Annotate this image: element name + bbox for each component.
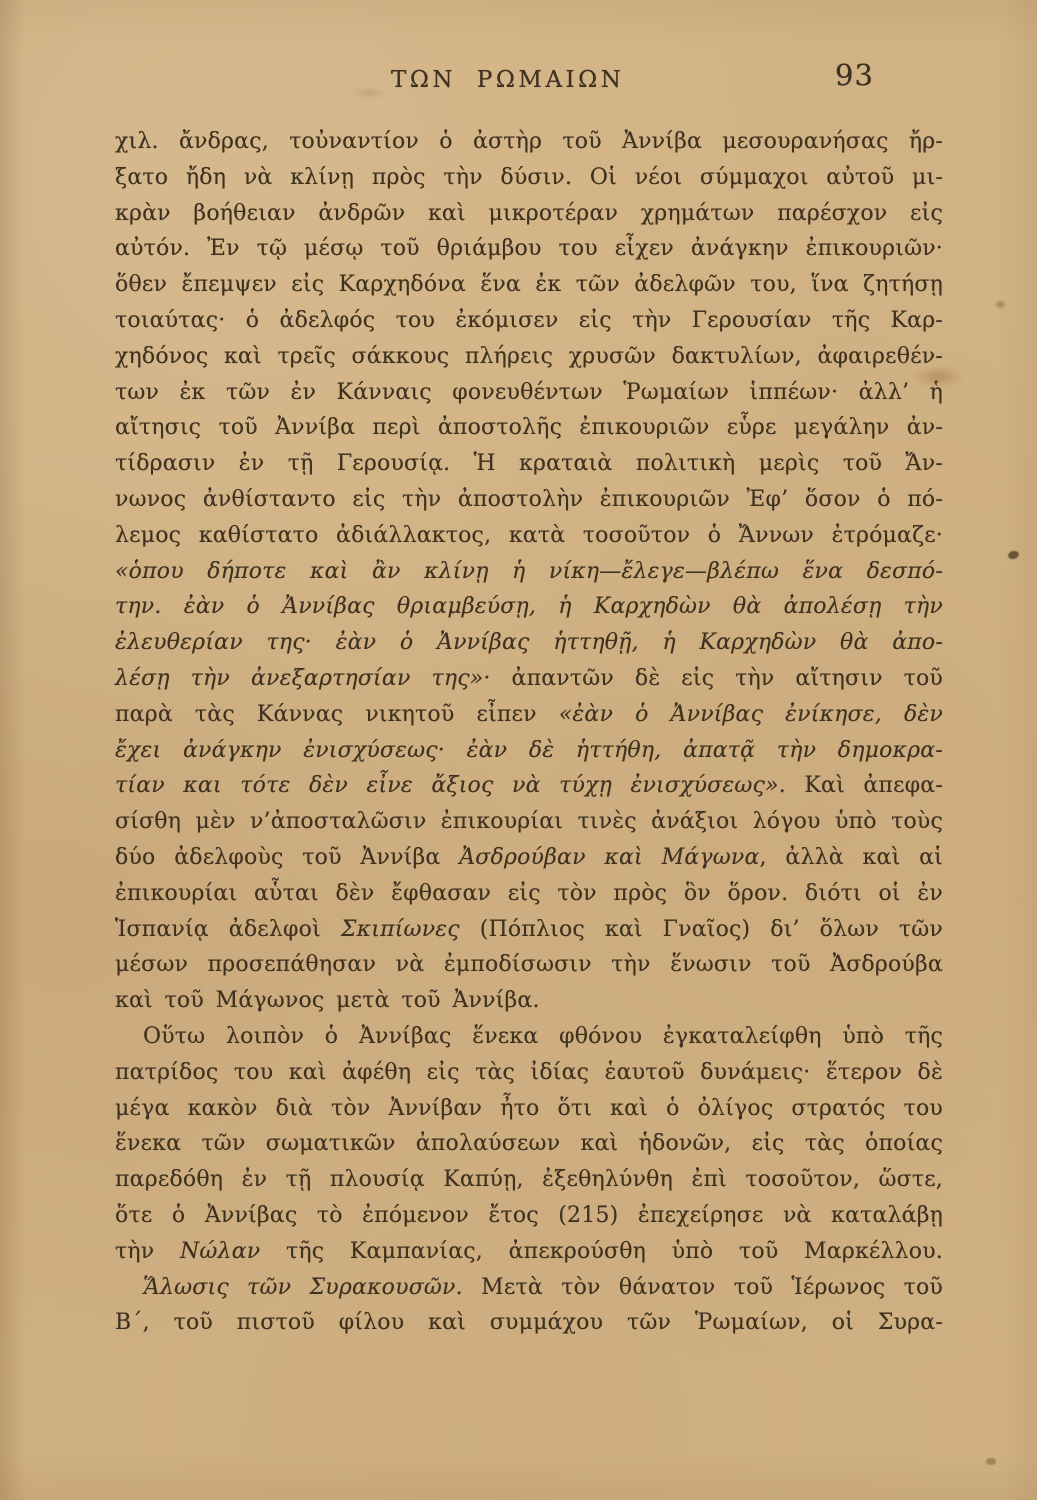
text-segment: Ἱσπανίᾳ ἀδελφοὶ xyxy=(115,917,341,942)
paper-stain xyxy=(352,88,386,98)
text-segment: ξατο ἤδη νὰ κλίνῃ πρὸς τὴν δύσιν. Οἱ νέο… xyxy=(115,165,943,190)
body-text: χιλ. ἄνδρας, τοὐναντίον ὁ ἀστὴρ τοῦ Ἀννί… xyxy=(115,124,943,1341)
text-line: χιλ. ἄνδρας, τοὐναντίον ὁ ἀστὴρ τοῦ Ἀννί… xyxy=(115,124,943,160)
text-segment-italic: τίαν και τότε δὲν εἶνε ἄξιος νὰ τύχῃ ἐνι… xyxy=(115,773,786,798)
text-line: κρὰν βοήθειαν ἀνδρῶν καὶ μικροτέραν χρημ… xyxy=(115,196,943,232)
text-segment: πατρίδος του καὶ ἀφέθη εἰς τὰς ἰδίας ἑαυ… xyxy=(115,1060,943,1085)
text-line: Ἅλωσις τῶν Συρακουσῶν. Μετὰ τὸν θάνατον … xyxy=(115,1270,943,1306)
text-line: παρὰ τὰς Κάννας νικητοῦ εἶπεν «ἐὰν ὁ Ἀνν… xyxy=(115,697,943,733)
text-line: τὴν Νώλαν τῆς Καμπανίας, ἀπεκρούσθη ὑπὸ … xyxy=(115,1234,943,1270)
page-number: 93 xyxy=(835,59,874,91)
text-segment: Καὶ ἀπεφα- xyxy=(786,773,943,798)
text-line: δύο ἀδελφοὺς τοῦ Ἀννίβα Ἀσδρούβαν καὶ Μά… xyxy=(115,840,943,876)
text-line: τίδρασιν ἐν τῇ Γερουσίᾳ. Ἡ κραταιὰ πολιτ… xyxy=(115,446,943,482)
text-line: ἐπικουρίαι αὗται δὲν ἔφθασαν εἰς τὸν πρὸ… xyxy=(115,876,943,912)
text-segment: παρεδόθη ἐν τῇ πλουσίᾳ Καπύῃ, ἐξεθηλύνθη… xyxy=(115,1167,943,1192)
text-line: Β΄, τοῦ πιστοῦ φίλου καὶ συμμάχου τῶν Ῥω… xyxy=(115,1305,943,1341)
text-segment: μέγα κακὸν διὰ τὸν Ἀννίβαν ἦτο ὅτι καὶ ὁ… xyxy=(115,1096,943,1121)
text-segment-italic: λέσῃ τὴν ἀνεξαρτησίαν της»· xyxy=(115,666,491,691)
text-line: καὶ τοῦ Μάγωνος μετὰ τοῦ Ἀννίβα. xyxy=(115,983,943,1019)
text-line: των ἐκ τῶν ἐν Κάνναις φονευθέντων Ῥωμαίω… xyxy=(115,375,943,411)
text-line: ἕνεκα τῶν σωματικῶν ἀπολαύσεων καὶ ἡδονῶ… xyxy=(115,1126,943,1162)
text-line: μέσων προσεπάθησαν νὰ ἐμποδίσωσιν τὴν ἕν… xyxy=(115,947,943,983)
text-segment: . Μετὰ τὸν θάνατον τοῦ Ἱέρωνος τοῦ xyxy=(456,1275,943,1300)
text-segment: τίδρασιν ἐν τῇ Γερουσίᾳ. Ἡ κραταιὰ πολιτ… xyxy=(115,451,943,476)
text-segment: μέσων προσεπάθησαν νὰ ἐμποδίσωσιν τὴν ἕν… xyxy=(115,952,943,977)
text-segment: αἴτησις τοῦ Ἀννίβα περὶ ἀποστολῆς ἐπικου… xyxy=(115,415,943,440)
paper-stain xyxy=(996,301,1005,308)
text-line: μέγα κακὸν διὰ τὸν Ἀννίβαν ἦτο ὅτι καὶ ὁ… xyxy=(115,1091,943,1127)
book-page: ΤΩΝ ΡΩΜΑΙΩΝ 93 χιλ. ἄνδρας, τοὐναντίον ὁ… xyxy=(0,0,1037,1500)
text-line: Οὕτω λοιπὸν ὁ Ἀννίβας ἕνεκα φθόνου ἐγκατ… xyxy=(115,1019,943,1055)
text-segment: καὶ τοῦ Μάγωνος μετὰ τοῦ Ἀννίβα. xyxy=(115,988,540,1013)
text-segment: τῆς Καμπανίας, ἀπεκρούσθη ὑπὸ τοῦ Μαρκέλ… xyxy=(260,1239,943,1264)
text-line: ξατο ἤδη νὰ κλίνῃ πρὸς τὴν δύσιν. Οἱ νέο… xyxy=(115,160,943,196)
text-line: λέσῃ τὴν ἀνεξαρτησίαν της»· ἀπαντῶν δὲ ε… xyxy=(115,661,943,697)
text-segment-italic: Νώλαν xyxy=(180,1239,260,1264)
text-segment-italic: ἔχει ἀνάγκην ἐνισχύσεως· ἐὰν δὲ ἡττήθη, … xyxy=(115,738,943,763)
text-line: τοιαύτας· ὁ ἀδελφός του ἐκόμισεν εἰς τὴν… xyxy=(115,303,943,339)
text-line: τίαν και τότε δὲν εἶνε ἄξιος νὰ τύχῃ ἐνι… xyxy=(115,768,943,804)
text-segment: τοιαύτας· ὁ ἀδελφός του ἐκόμισεν εἰς τὴν… xyxy=(115,308,943,333)
text-segment: των ἐκ τῶν ἐν Κάνναις φονευθέντων Ῥωμαίω… xyxy=(115,380,943,405)
text-segment: νωνος ἀνθίσταντο εἰς τὴν ἀποστολὴν ἐπικο… xyxy=(115,487,943,512)
text-segment: τὴν xyxy=(115,1239,180,1264)
text-segment: χιλ. ἄνδρας, τοὐναντίον ὁ ἀστὴρ τοῦ Ἀννί… xyxy=(115,129,943,154)
text-line: παρεδόθη ἐν τῇ πλουσίᾳ Καπύῃ, ἐξεθηλύνθη… xyxy=(115,1162,943,1198)
text-segment: ἕνεκα τῶν σωματικῶν ἀπολαύσεων καὶ ἡδονῶ… xyxy=(115,1131,943,1156)
text-line: ἔχει ἀνάγκην ἐνισχύσεως· ἐὰν δὲ ἡττήθη, … xyxy=(115,733,943,769)
text-segment: ὅθεν ἔπεμψεν εἰς Καρχηδόνα ἕνα ἐκ τῶν ἀδ… xyxy=(115,272,943,297)
text-line: ὅθεν ἔπεμψεν εἰς Καρχηδόνα ἕνα ἐκ τῶν ἀδ… xyxy=(115,267,943,303)
text-line: νωνος ἀνθίσταντο εἰς τὴν ἀποστολὴν ἐπικο… xyxy=(115,482,943,518)
text-segment: λεμος καθίστατο ἀδιάλλακτος, κατὰ τοσοῦτ… xyxy=(115,523,943,548)
text-segment-italic: ἐλευθερίαν της· ἐὰν ὁ Ἀννίβας ἡττηθῇ, ἡ … xyxy=(115,630,943,655)
text-segment: ὅτε ὁ Ἀννίβας τὸ ἐπόμενον ἔτος (215) ἐπε… xyxy=(115,1203,943,1228)
text-segment-italic: την. ἐὰν ὁ Ἀννίβας θριαμβεύσῃ, ἡ Καρχηδὼ… xyxy=(115,594,943,619)
text-segment: δύο ἀδελφοὺς τοῦ Ἀννίβα xyxy=(115,845,459,870)
text-line: ἐλευθερίαν της· ἐὰν ὁ Ἀννίβας ἡττηθῇ, ἡ … xyxy=(115,625,943,661)
text-segment: ἀπαντῶν δὲ εἰς τὴν αἴτησιν τοῦ xyxy=(491,666,943,691)
text-line: Ἱσπανίᾳ ἀδελφοὶ Σκιπίωνες (Πόπλιος καὶ Γ… xyxy=(115,912,943,948)
text-segment-italic: Ἀσδρούβαν καὶ Μάγωνα xyxy=(459,845,759,870)
text-line: την. ἐὰν ὁ Ἀννίβας θριαμβεύσῃ, ἡ Καρχηδὼ… xyxy=(115,589,943,625)
text-line: χηδόνος καὶ τρεῖς σάκκους πλήρεις χρυσῶν… xyxy=(115,339,943,375)
text-line: αἴτησις τοῦ Ἀννίβα περὶ ἀποστολῆς ἐπικου… xyxy=(115,410,943,446)
text-segment: (Πόπλιος καὶ Γναῖος) δι’ ὅλων τῶν xyxy=(460,917,943,942)
paper-stain xyxy=(986,1458,996,1465)
text-line: ὅτε ὁ Ἀννίβας τὸ ἐπόμενον ἔτος (215) ἐπε… xyxy=(115,1198,943,1234)
running-title: ΤΩΝ ΡΩΜΑΙΩΝ xyxy=(391,67,624,93)
text-segment: Β΄, τοῦ πιστοῦ φίλου καὶ συμμάχου τῶν Ῥω… xyxy=(115,1310,943,1335)
text-segment: , ἀλλὰ καὶ αἱ xyxy=(760,845,944,870)
text-segment-italic: Σκιπίωνες xyxy=(341,917,460,942)
text-line: αὐτόν. Ἐν τῷ μέσῳ τοῦ θριάμβου του εἶχεν… xyxy=(115,231,943,267)
text-line: λεμος καθίστατο ἀδιάλλακτος, κατὰ τοσοῦτ… xyxy=(115,518,943,554)
text-segment-italic: «ὁπου δήποτε καὶ ἂν κλίνῃ ἡ νίκη—ἔλεγε—β… xyxy=(115,559,943,584)
text-segment: κρὰν βοήθειαν ἀνδρῶν καὶ μικροτέραν χρημ… xyxy=(115,201,943,226)
paper-stain xyxy=(1007,550,1020,561)
text-segment: Οὕτω λοιπὸν ὁ Ἀννίβας ἕνεκα φθόνου ἐγκατ… xyxy=(143,1024,943,1049)
text-segment: σίσθη μὲν ν’ἀποσταλῶσιν ἐπικουρίαι τινὲς… xyxy=(115,809,943,834)
text-segment: ἐπικουρίαι αὗται δὲν ἔφθασαν εἰς τὸν πρὸ… xyxy=(115,881,943,906)
text-segment: χηδόνος καὶ τρεῖς σάκκους πλήρεις χρυσῶν… xyxy=(115,344,943,369)
text-line: «ὁπου δήποτε καὶ ἂν κλίνῃ ἡ νίκη—ἔλεγε—β… xyxy=(115,554,943,590)
text-segment: αὐτόν. Ἐν τῷ μέσῳ τοῦ θριάμβου του εἶχεν… xyxy=(115,236,943,261)
text-segment: παρὰ τὰς Κάννας νικητοῦ εἶπεν xyxy=(115,702,559,727)
text-line: πατρίδος του καὶ ἀφέθη εἰς τὰς ἰδίας ἑαυ… xyxy=(115,1055,943,1091)
text-segment-italic: «ἐὰν ὁ Ἀννίβας ἐνίκησε, δὲν xyxy=(559,702,943,727)
text-segment-italic: Ἅλωσις τῶν Συρακουσῶν xyxy=(143,1275,456,1300)
text-line: σίσθη μὲν ν’ἀποσταλῶσιν ἐπικουρίαι τινὲς… xyxy=(115,804,943,840)
